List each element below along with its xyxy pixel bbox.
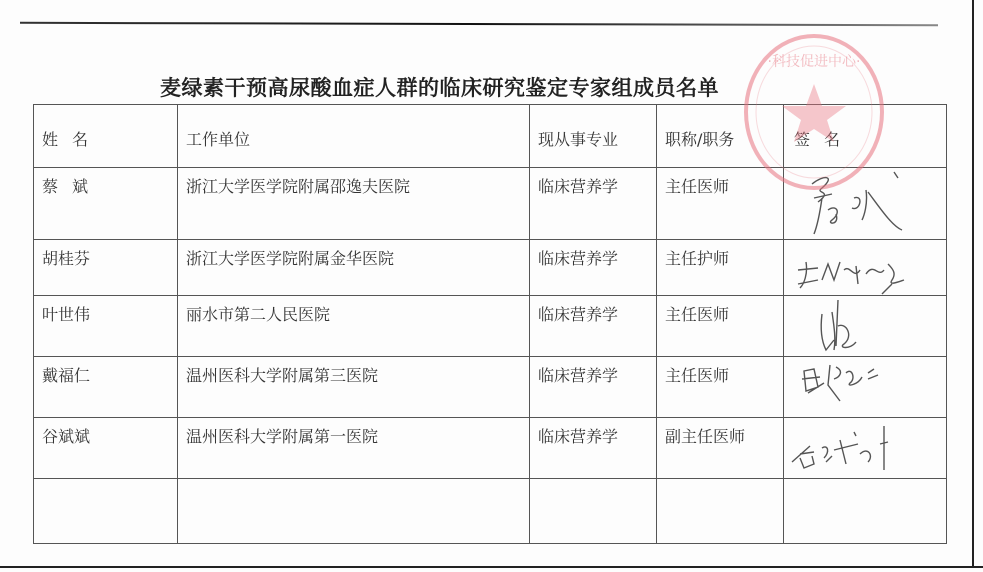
header-title: 职称/职务: [657, 105, 784, 168]
table-row-empty: [34, 479, 947, 544]
cell-specialty: [530, 479, 657, 544]
cell-title: [657, 479, 784, 544]
handwritten-signature-icon: [784, 168, 944, 238]
header-name: 姓名: [34, 105, 178, 168]
handwritten-signature-icon: [784, 418, 944, 478]
table-header-row: 姓名 工作单位 现从事专业 职称/职务 签名: [34, 105, 947, 168]
cell-unit: 丽水市第二人民医院: [178, 296, 530, 357]
cell-specialty: 临床营养学: [530, 168, 657, 240]
cell-unit: 温州医科大学附属第一医院: [178, 418, 530, 479]
cell-signature: [784, 168, 947, 240]
cell-unit: 温州医科大学附属第三医院: [178, 357, 530, 418]
cell-signature: [784, 357, 947, 418]
cell-specialty: 临床营养学: [530, 418, 657, 479]
cell-name: 谷斌斌: [34, 418, 178, 479]
header-rule: [20, 22, 938, 26]
cell-specialty: 临床营养学: [530, 240, 657, 296]
header-unit: 工作单位: [178, 105, 530, 168]
document-title: 麦绿素干预高尿酸血症人群的临床研究鉴定专家组成员名单: [160, 72, 719, 102]
table-row: 谷斌斌 温州医科大学附属第一医院 临床营养学 副主任医师: [34, 418, 947, 479]
cell-unit: 浙江大学医学院附属金华医院: [178, 240, 530, 296]
table-row: 叶世伟 丽水市第二人民医院 临床营养学 主任医师: [34, 296, 947, 357]
cell-name: 戴福仁: [34, 357, 178, 418]
page-edge-bottom: [0, 566, 983, 568]
cell-specialty: 临床营养学: [530, 357, 657, 418]
cell-name: 胡桂芬: [34, 240, 178, 296]
header-signature: 签名: [784, 105, 947, 168]
cell-title: 主任医师: [657, 168, 784, 240]
cell-signature: [784, 240, 947, 296]
cell-title: 主任护师: [657, 240, 784, 296]
cell-name: [34, 479, 178, 544]
cell-title: 副主任医师: [657, 418, 784, 479]
cell-signature: [784, 479, 947, 544]
table-row: 戴福仁 温州医科大学附属第三医院 临床营养学 主任医师: [34, 357, 947, 418]
handwritten-signature-icon: [784, 357, 944, 417]
cell-title: 主任医师: [657, 296, 784, 357]
cell-title: 主任医师: [657, 357, 784, 418]
table-row: 胡桂芬 浙江大学医学院附属金华医院 临床营养学 主任护师: [34, 240, 947, 296]
handwritten-signature-icon: [784, 240, 944, 295]
cell-unit: 浙江大学医学院附属邵逸夫医院: [178, 168, 530, 240]
cell-signature: [784, 296, 947, 357]
cell-specialty: 临床营养学: [530, 296, 657, 357]
handwritten-signature-icon: [784, 296, 944, 356]
cell-name: 叶世伟: [34, 296, 178, 357]
table-row: 蔡斌 浙江大学医学院附属邵逸夫医院 临床营养学 主任医师: [34, 168, 947, 240]
page-edge-right: [972, 0, 974, 567]
expert-roster-table: 姓名 工作单位 现从事专业 职称/职务 签名 蔡斌 浙江大学医学院附属邵逸夫医院…: [33, 104, 947, 544]
header-specialty: 现从事专业: [530, 105, 657, 168]
cell-signature: [784, 418, 947, 479]
svg-text:·科技促进中心·: ·科技促进中心·: [768, 53, 861, 70]
cell-unit: [178, 479, 530, 544]
cell-name: 蔡斌: [34, 168, 178, 240]
